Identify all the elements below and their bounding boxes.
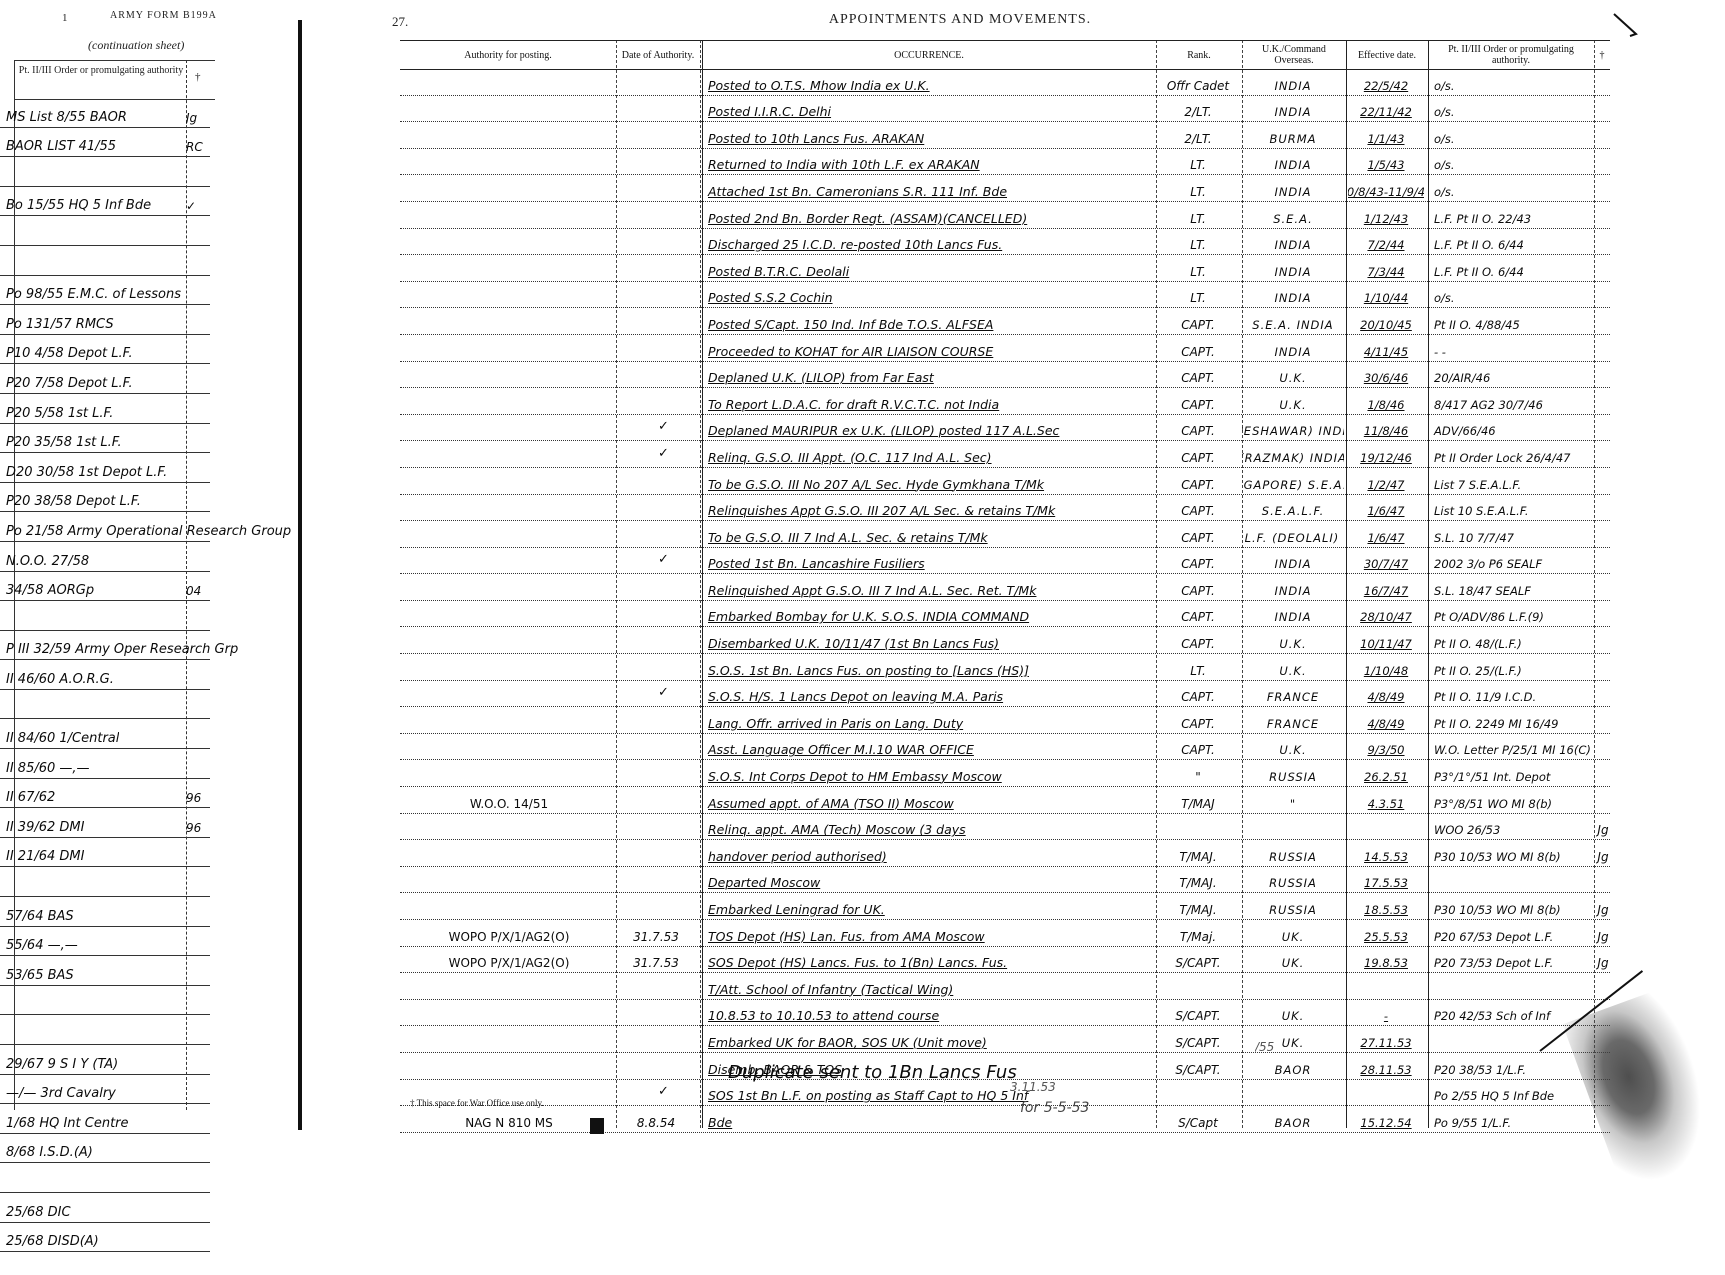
occurrence-cell: S.O.S. H/S. 1 Lancs Depot on leaving M.A… xyxy=(702,681,1154,707)
occurrence-cell: To be G.S.O. III 7 Ind A.L. Sec. & retai… xyxy=(702,521,1154,547)
header-mark: † xyxy=(1594,41,1610,69)
order-cell: P3°/8/51 WO MI 8(b) xyxy=(1430,787,1590,813)
date-of-authority-cell xyxy=(618,495,694,521)
mark-cell xyxy=(1596,175,1610,201)
left-order-row xyxy=(0,246,210,276)
left-order-text: 25/68 DIC xyxy=(6,1205,71,1220)
order-cell: 20/AIR/46 xyxy=(1430,362,1590,388)
rank-cell: CAPT. xyxy=(1156,441,1240,467)
rank-cell: CAPT. xyxy=(1156,415,1240,441)
effective-date-cell: 22/11/42 xyxy=(1348,96,1424,122)
date-of-authority-cell xyxy=(618,707,694,733)
rank-cell: LT. xyxy=(1156,202,1240,228)
header-order: Pt. II/III Order or promulgating authori… xyxy=(1428,41,1594,69)
occurrence-cell: Posted B.T.R.C. Deolali xyxy=(702,255,1154,281)
rank-cell: CAPT. xyxy=(1156,601,1240,627)
order-cell: Pt II O. 25/(L.F.) xyxy=(1430,654,1590,680)
authority-cell xyxy=(404,627,614,653)
occurrence-cell: S.O.S. 1st Bn. Lancs Fus. on posting to … xyxy=(702,654,1154,680)
left-order-row: D20 30/58 1st Depot L.F. xyxy=(0,453,210,483)
date-of-authority-cell xyxy=(618,282,694,308)
authority-cell xyxy=(404,574,614,600)
rank-cell: LT. xyxy=(1156,175,1240,201)
table-row: NAG N 810 MS8.8.54BdeS/CaptBAOR15.12.54P… xyxy=(400,1106,1610,1133)
mark-cell xyxy=(1596,867,1610,893)
duplicate-note: Duplicate sent to 1Bn Lancs Fus xyxy=(728,1062,1017,1083)
left-page-mark: 1 xyxy=(62,12,68,24)
occurrence-cell: Lang. Offr. arrived in Paris on Lang. Du… xyxy=(702,707,1154,733)
left-order-row: N.O.O. 27/58 xyxy=(0,542,210,572)
command-cell: (SINGAPORE) S.E.A.L.F. xyxy=(1242,468,1344,494)
order-cell: Pt II Order Lock 26/4/47 xyxy=(1430,441,1590,467)
rank-cell: 2/LT. xyxy=(1156,96,1240,122)
authority-cell xyxy=(404,1000,614,1026)
command-cell: INDIA xyxy=(1242,282,1344,308)
rank-cell: T/MAJ. xyxy=(1156,867,1240,893)
left-order-row xyxy=(0,601,210,631)
command-cell: INDIA xyxy=(1242,574,1344,600)
order-cell: Pt II O. 48/(L.F.) xyxy=(1430,627,1590,653)
command-cell: S.E.A.L.F. xyxy=(1242,495,1344,521)
left-order-text: Po 98/55 E.M.C. of Lessons xyxy=(6,287,181,302)
left-order-text: II 39/62 DMI xyxy=(6,820,84,835)
occurrence-cell: Embarked Bombay for U.K. S.O.S. INDIA CO… xyxy=(702,601,1154,627)
mark-cell xyxy=(1596,388,1610,414)
mark-cell xyxy=(1596,574,1610,600)
authority-cell xyxy=(404,122,614,148)
rank-cell: S/CAPT. xyxy=(1156,1000,1240,1026)
date-of-authority-cell xyxy=(618,681,694,707)
mark-cell: Jg xyxy=(1596,893,1610,919)
page-smudge xyxy=(1563,987,1725,1194)
left-order-text: P20 35/58 1st L.F. xyxy=(6,435,122,450)
occurrence-cell: handover period authorised) xyxy=(702,840,1154,866)
rank-cell: " xyxy=(1156,760,1240,786)
rank-cell: S/CAPT. xyxy=(1156,1053,1240,1079)
occurrence-cell: Returned to India with 10th L.F. ex ARAK… xyxy=(702,149,1154,175)
occurrence-cell: Posted 2nd Bn. Border Regt. (ASSAM)(CANC… xyxy=(702,202,1154,228)
rank-cell: Offr Cadet xyxy=(1156,69,1240,95)
command-cell: INDIA xyxy=(1242,69,1344,95)
mark-cell xyxy=(1596,548,1610,574)
command-cell xyxy=(1242,1080,1344,1106)
authority-cell xyxy=(404,69,614,95)
continuation-sheet: 1 ARMY FORM B199A (continuation sheet) P… xyxy=(0,0,240,1275)
command-cell xyxy=(1242,973,1344,999)
left-order-text: II 85/60 —,— xyxy=(6,761,90,776)
command-cell: INDIA xyxy=(1242,149,1344,175)
authority-cell xyxy=(404,362,614,388)
rank-cell: T/MAJ. xyxy=(1156,893,1240,919)
date-of-authority-cell xyxy=(618,441,694,467)
effective-date-cell: 18.5.53 xyxy=(1348,893,1424,919)
mark-cell: Jg xyxy=(1596,947,1610,973)
effective-date-cell: 4/8/49 xyxy=(1348,681,1424,707)
command-cell: INDIA xyxy=(1242,229,1344,255)
rank-cell xyxy=(1156,814,1240,840)
left-order-row: P20 38/58 Depot L.F. xyxy=(0,483,210,513)
rank-cell: 2/LT. xyxy=(1156,122,1240,148)
table-row: T/Att. School of Infantry (Tactical Wing… xyxy=(400,973,1610,1000)
command-cell: S.E.A. INDIA xyxy=(1242,308,1344,334)
command-cell: INDIA xyxy=(1242,255,1344,281)
command-cell: INDIA xyxy=(1242,175,1344,201)
command-cell: INDIA xyxy=(1242,96,1344,122)
date-of-authority-cell xyxy=(618,548,694,574)
date-of-authority-cell xyxy=(618,601,694,627)
date-of-authority-cell xyxy=(618,867,694,893)
left-order-row xyxy=(0,690,210,720)
left-order-text: P III 32/59 Army Oper Research Grp xyxy=(6,642,238,657)
order-cell: Pt II O. 11/9 I.C.D. xyxy=(1430,681,1590,707)
authority-cell xyxy=(404,308,614,334)
order-cell: S.L. 18/47 SEALF xyxy=(1430,574,1590,600)
effective-date-cell: 1/1/43 xyxy=(1348,122,1424,148)
order-cell: L.F. Pt II O. 6/44 xyxy=(1430,255,1590,281)
effective-date-cell xyxy=(1348,1080,1424,1106)
effective-date-cell: 28.11.53 xyxy=(1348,1053,1424,1079)
side-reference: /55 xyxy=(1255,1040,1274,1054)
occurrence-cell: Posted to 10th Lancs Fus. ARAKAN xyxy=(702,122,1154,148)
order-cell xyxy=(1430,867,1590,893)
authority-cell xyxy=(404,175,614,201)
effective-date-cell: 11/8/46 xyxy=(1348,415,1424,441)
check-mark-icon: ✓ xyxy=(658,446,669,461)
command-cell: RUSSIA xyxy=(1242,867,1344,893)
page-title: APPOINTMENTS AND MOVEMENTS. xyxy=(600,12,1320,28)
occurrence-cell: Posted to O.T.S. Mhow India ex U.K. xyxy=(702,69,1154,95)
mark-cell xyxy=(1596,69,1610,95)
rank-cell xyxy=(1156,973,1240,999)
effective-date-cell: 26.2.51 xyxy=(1348,760,1424,786)
header-authority: Authority for posting. xyxy=(400,41,616,69)
table-row: handover period authorised)T/MAJ.RUSSIA1… xyxy=(400,840,1610,867)
effective-date-cell: 27.11.53 xyxy=(1348,1026,1424,1052)
command-cell: U.K. xyxy=(1242,627,1344,653)
order-cell: Pt O/ADV/86 L.F.(9) xyxy=(1430,601,1590,627)
mark-cell xyxy=(1596,255,1610,281)
order-cell: P30 10/53 WO MI 8(b) xyxy=(1430,840,1590,866)
mark-cell xyxy=(1596,707,1610,733)
date-of-authority-cell xyxy=(618,973,694,999)
rank-cell: CAPT. xyxy=(1156,468,1240,494)
authority-cell xyxy=(404,255,614,281)
date-of-authority-cell xyxy=(618,814,694,840)
left-order-row: 25/68 DIC xyxy=(0,1193,210,1223)
appointments-table: Authority for posting. Date of Authority… xyxy=(400,40,1610,1128)
left-order-row: Po 21/58 Army Operational Research Group xyxy=(0,512,210,542)
rank-cell: CAPT. xyxy=(1156,521,1240,547)
authority-cell xyxy=(404,1053,614,1079)
table-row: Posted S.S.2 CochinLT.INDIA1/10/44o/s. xyxy=(400,282,1610,309)
order-cell: P3°/1°/51 Int. Depot xyxy=(1430,760,1590,786)
left-order-mark: 96 xyxy=(186,791,201,805)
table-row: Relinquishes Appt G.S.O. III 207 A/L Sec… xyxy=(400,495,1610,522)
effective-date-cell: 15.12.54 xyxy=(1348,1106,1424,1132)
left-column-header: Pt. II/III Order or promulgating authori… xyxy=(15,60,215,100)
table-row: Posted to 10th Lancs Fus. ARAKAN2/LT.BUR… xyxy=(400,122,1610,149)
table-row: S.O.S. Int Corps Depot to HM Embassy Mos… xyxy=(400,760,1610,787)
rank-cell: CAPT. xyxy=(1156,574,1240,600)
left-order-row: P20 5/58 1st L.F. xyxy=(0,394,210,424)
left-order-mark: RC xyxy=(186,140,203,154)
order-cell xyxy=(1430,973,1590,999)
header-date-of-authority: Date of Authority. xyxy=(616,41,700,69)
authority-cell xyxy=(404,707,614,733)
order-cell: P20 38/53 1/L.F. xyxy=(1430,1053,1590,1079)
authority-cell xyxy=(404,495,614,521)
left-order-row xyxy=(0,986,210,1016)
mark-cell: Jg xyxy=(1596,814,1610,840)
date-of-authority-cell xyxy=(618,1000,694,1026)
left-order-row xyxy=(0,157,210,187)
table-row: Embarked UK for BAOR, SOS UK (Unit move)… xyxy=(400,1026,1610,1053)
occurrence-cell: Asst. Language Officer M.I.10 WAR OFFICE xyxy=(702,734,1154,760)
mark-cell xyxy=(1596,521,1610,547)
order-cell: 2002 3/o P6 SEALF xyxy=(1430,548,1590,574)
left-order-text: 34/58 AORGp xyxy=(6,583,94,598)
left-order-text: II 21/64 DMI xyxy=(6,849,84,864)
table-row: Deplaned MAURIPUR ex U.K. (LILOP) posted… xyxy=(400,415,1610,442)
effective-date-cell: 7/3/44 xyxy=(1348,255,1424,281)
date-of-authority-cell xyxy=(618,574,694,600)
check-mark-icon: ✓ xyxy=(658,1084,669,1099)
date-of-authority-cell xyxy=(618,787,694,813)
authority-cell xyxy=(404,468,614,494)
date-of-authority-cell xyxy=(618,468,694,494)
left-order-text: P20 38/58 Depot L.F. xyxy=(6,494,141,509)
left-order-row: II 39/62 DMI96 xyxy=(0,808,210,838)
mark-cell xyxy=(1596,202,1610,228)
order-cell: 8/417 AG2 30/7/46 xyxy=(1430,388,1590,414)
authority-cell xyxy=(404,654,614,680)
effective-date-cell: 1/10/48 xyxy=(1348,654,1424,680)
command-cell: FRANCE xyxy=(1242,681,1344,707)
mark-cell xyxy=(1596,787,1610,813)
left-order-text: 53/65 BAS xyxy=(6,968,74,983)
occurrence-cell: SOS Depot (HS) Lancs. Fus. to 1(Bn) Lanc… xyxy=(702,947,1154,973)
rank-cell: CAPT. xyxy=(1156,707,1240,733)
left-order-row: BAOR LIST 41/55RC xyxy=(0,128,210,158)
occurrence-cell: Proceeded to KOHAT for AIR LIAISON COURS… xyxy=(702,335,1154,361)
date-of-authority-cell xyxy=(618,69,694,95)
authority-cell xyxy=(404,1026,614,1052)
table-row: Posted 2nd Bn. Border Regt. (ASSAM)(CANC… xyxy=(400,202,1610,229)
authority-cell: W.O.O. 14/51 xyxy=(404,787,614,813)
mark-cell: Jg xyxy=(1596,840,1610,866)
order-cell: P20 42/53 Sch of Inf xyxy=(1430,1000,1590,1026)
effective-date-cell: 1/6/47 xyxy=(1348,495,1424,521)
left-order-mark: ✓ xyxy=(186,199,196,213)
command-cell: U.K. xyxy=(1242,388,1344,414)
table-row: Relinquished Appt G.S.O. III 7 Ind A.L. … xyxy=(400,574,1610,601)
table-row: Attached 1st Bn. Cameronians S.R. 111 In… xyxy=(400,175,1610,202)
table-body: Posted to O.T.S. Mhow India ex U.K.Offr … xyxy=(400,69,1610,1133)
date-of-authority-cell xyxy=(618,521,694,547)
left-order-row: —/— 3rd Cavalry xyxy=(0,1075,210,1105)
mark-cell xyxy=(1596,282,1610,308)
authority-cell xyxy=(404,760,614,786)
order-cell: - - xyxy=(1430,335,1590,361)
command-cell: (RAZMAK) INDIA xyxy=(1242,441,1344,467)
effective-date-cell: 30/6/46 xyxy=(1348,362,1424,388)
table-row: Posted B.T.R.C. DeolaliLT.INDIA7/3/44L.F… xyxy=(400,255,1610,282)
rank-cell: CAPT. xyxy=(1156,335,1240,361)
date-of-authority-cell xyxy=(618,229,694,255)
table-row: Disembarked U.K. 10/11/47 (1st Bn Lancs … xyxy=(400,627,1610,654)
mark-cell xyxy=(1596,441,1610,467)
table-row: Departed MoscowT/MAJ.RUSSIA17.5.53 xyxy=(400,867,1610,894)
duplicate-date: 3.11.53 xyxy=(1010,1080,1056,1094)
authority-cell: NAG N 810 MS xyxy=(404,1106,614,1132)
mark-cell xyxy=(1596,601,1610,627)
left-order-row: Po 131/57 RMCS xyxy=(0,305,210,335)
date-of-authority-cell xyxy=(618,840,694,866)
left-order-mark: 96 xyxy=(186,821,201,835)
left-order-header: Pt. II/III Order or promulgating authori… xyxy=(15,65,187,77)
effective-date-cell: 4.3.51 xyxy=(1348,787,1424,813)
authority-cell xyxy=(404,282,614,308)
left-order-text: BAOR LIST 41/55 xyxy=(6,139,116,154)
occurrence-cell: Embarked Leningrad for UK. xyxy=(702,893,1154,919)
command-cell: " xyxy=(1242,787,1344,813)
left-mark-header: † xyxy=(195,71,201,83)
left-order-text: MS List 8/55 BAOR xyxy=(6,110,127,125)
mark-cell xyxy=(1596,96,1610,122)
left-order-text: 57/64 BAS xyxy=(6,909,74,924)
mark-cell xyxy=(1596,760,1610,786)
left-order-row: II 21/64 DMI xyxy=(0,838,210,868)
authority-cell xyxy=(404,149,614,175)
date-of-authority-cell xyxy=(618,388,694,414)
authority-cell xyxy=(404,229,614,255)
header-effective-date: Effective date. xyxy=(1346,41,1428,69)
order-cell: WOO 26/53 xyxy=(1430,814,1590,840)
table-header: Authority for posting. Date of Authority… xyxy=(400,40,1610,70)
order-cell: P20 67/53 Depot L.F. xyxy=(1430,920,1590,946)
order-cell: List 7 S.E.A.L.F. xyxy=(1430,468,1590,494)
table-row: Embarked Leningrad for UK.T/MAJ.RUSSIA18… xyxy=(400,893,1610,920)
table-row: Posted 1st Bn. Lancashire FusiliersCAPT.… xyxy=(400,548,1610,575)
date-of-authority-cell xyxy=(618,1080,694,1106)
left-order-row xyxy=(0,867,210,897)
order-cell: Po 9/55 1/L.F. xyxy=(1430,1106,1590,1132)
effective-date-cell: 4/8/49 xyxy=(1348,707,1424,733)
date-of-authority-cell xyxy=(618,1026,694,1052)
date-of-authority-cell xyxy=(618,202,694,228)
mark-cell xyxy=(1596,654,1610,680)
authority-cell xyxy=(404,415,614,441)
effective-date-cell xyxy=(1348,973,1424,999)
occurrence-cell: Embarked UK for BAOR, SOS UK (Unit move) xyxy=(702,1026,1154,1052)
effective-date-cell: 1/5/43 xyxy=(1348,149,1424,175)
left-order-text: II 84/60 1/Central xyxy=(6,731,119,746)
rank-cell: T/MAJ xyxy=(1156,787,1240,813)
left-order-text: P20 7/58 Depot L.F. xyxy=(6,376,133,391)
mark-cell xyxy=(1596,415,1610,441)
header-occurrence: OCCURRENCE. xyxy=(702,41,1156,69)
table-row: Relinq. appt. AMA (Tech) Moscow (3 daysW… xyxy=(400,814,1610,841)
order-cell: Po 2/55 HQ 5 Inf Bde xyxy=(1430,1080,1590,1106)
left-order-list: MS List 8/55 BAORJgBAOR LIST 41/55RCBo 1… xyxy=(0,98,210,1252)
occurrence-cell: Assumed appt. of AMA (TSO II) Moscow xyxy=(702,787,1154,813)
authority-cell xyxy=(404,335,614,361)
occurrence-cell: Posted I.I.R.C. Delhi xyxy=(702,96,1154,122)
left-order-row: 53/65 BAS xyxy=(0,956,210,986)
authority-cell xyxy=(404,441,614,467)
date-of-authority-cell xyxy=(618,335,694,361)
occurrence-cell: Deplaned MAURIPUR ex U.K. (LILOP) posted… xyxy=(702,415,1154,441)
army-form-number: ARMY FORM B199A xyxy=(110,10,217,21)
left-order-text: Po 21/58 Army Operational Research Group xyxy=(6,524,291,539)
occurrence-cell: Posted 1st Bn. Lancashire Fusiliers xyxy=(702,548,1154,574)
authority-cell xyxy=(404,893,614,919)
order-cell: o/s. xyxy=(1430,175,1590,201)
order-cell: o/s. xyxy=(1430,69,1590,95)
date-of-authority-cell xyxy=(618,122,694,148)
left-order-row xyxy=(0,1163,210,1193)
left-order-text: P10 4/58 Depot L.F. xyxy=(6,346,133,361)
effective-date-cell: 28/10/47 xyxy=(1348,601,1424,627)
authority-cell xyxy=(404,388,614,414)
order-cell: ADV/66/46 xyxy=(1430,415,1590,441)
occurrence-cell: T/Att. School of Infantry (Tactical Wing… xyxy=(702,973,1154,999)
order-cell: Pt II O. 4/88/45 xyxy=(1430,308,1590,334)
authority-cell xyxy=(404,681,614,707)
command-cell: U.K. xyxy=(1242,734,1344,760)
effective-date-cell: 1/6/47 xyxy=(1348,521,1424,547)
occurrence-cell: Relinq. appt. AMA (Tech) Moscow (3 days xyxy=(702,814,1154,840)
left-order-row: 57/64 BAS xyxy=(0,897,210,927)
order-cell: List 10 S.E.A.L.F. xyxy=(1430,495,1590,521)
mark-cell xyxy=(1596,149,1610,175)
mark-cell xyxy=(1596,734,1610,760)
occurrence-cell: S.O.S. Int Corps Depot to HM Embassy Mos… xyxy=(702,760,1154,786)
command-cell: U.K. xyxy=(1242,362,1344,388)
effective-date-cell: 7/2/44 xyxy=(1348,229,1424,255)
table-row: To be G.S.O. III 7 Ind A.L. Sec. & retai… xyxy=(400,521,1610,548)
left-order-row: MS List 8/55 BAORJg xyxy=(0,98,210,128)
left-order-row: 55/64 —,— xyxy=(0,927,210,957)
authority-cell: WOPO P/X/1/AG2(O) xyxy=(404,920,614,946)
check-mark-icon: ✓ xyxy=(658,685,669,700)
date-of-authority-cell xyxy=(618,362,694,388)
effective-date-cell: 16/7/47 xyxy=(1348,574,1424,600)
order-cell: L.F. Pt II O. 6/44 xyxy=(1430,229,1590,255)
date-of-authority-cell xyxy=(618,415,694,441)
order-cell: o/s. xyxy=(1430,149,1590,175)
left-order-text: 29/67 9 S I Y (TA) xyxy=(6,1057,118,1072)
left-order-text: P20 5/58 1st L.F. xyxy=(6,406,113,421)
rank-cell: S/CAPT. xyxy=(1156,947,1240,973)
date-of-authority-cell xyxy=(618,893,694,919)
date-of-authority-cell xyxy=(618,627,694,653)
effective-date-cell: 30/7/47 xyxy=(1348,548,1424,574)
left-order-row: 8/68 I.S.D.(A) xyxy=(0,1134,210,1164)
left-order-row: P20 35/58 1st L.F. xyxy=(0,424,210,454)
mark-cell xyxy=(1596,122,1610,148)
command-cell: RUSSIA xyxy=(1242,760,1344,786)
command-cell: RUSSIA xyxy=(1242,893,1344,919)
mark-cell xyxy=(1596,627,1610,653)
table-row: Posted I.I.R.C. Delhi2/LT.INDIA22/11/42o… xyxy=(400,96,1610,123)
left-order-row: P III 32/59 Army Oper Research Grp xyxy=(0,631,210,661)
duplicate-reference: for 5-5-53 xyxy=(1020,1100,1089,1116)
left-order-row: 25/68 DISD(A) xyxy=(0,1223,210,1253)
mark-cell xyxy=(1596,229,1610,255)
rank-cell: LT. xyxy=(1156,282,1240,308)
left-order-row: P20 7/58 Depot L.F. xyxy=(0,364,210,394)
